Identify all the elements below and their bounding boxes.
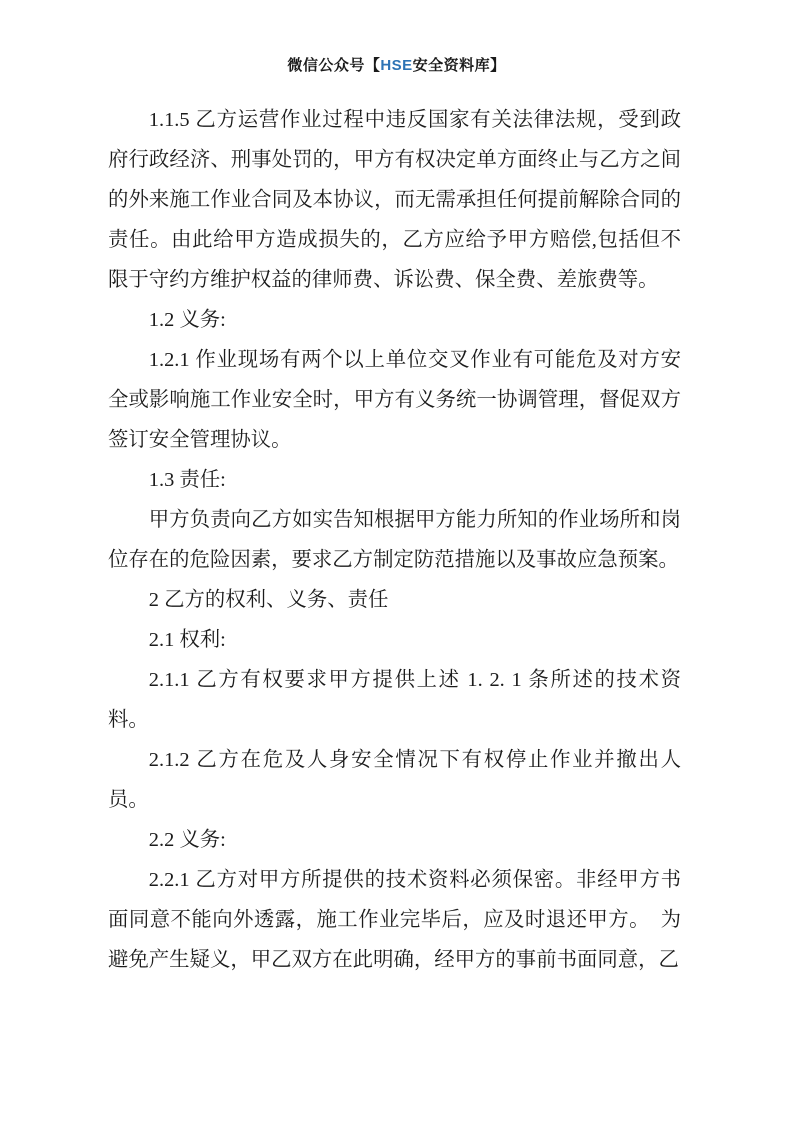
header-suffix: 安全资料库】 [413, 57, 506, 74]
paragraph-clause-2-2-1: 2.2.1 乙方对甲方所提供的技术资料必须保密。非经甲方书面同意不能向外透露，施… [108, 860, 681, 980]
document-body: 1.1.5 乙方运营作业过程中违反国家有关法律法规，受到政府行政经济、刑事处罚的… [108, 100, 681, 980]
paragraph-clause-responsibility-body: 甲方负责向乙方如实告知根据甲方能力所知的作业场所和岗位存在的危险因素，要求乙方制… [108, 500, 681, 580]
header-prefix: 微信公众号【 [287, 57, 380, 74]
paragraph-heading-2-2-obligations: 2.2 义务: [108, 820, 681, 860]
page-header: 微信公众号【HSE安全资料库】 [0, 54, 793, 75]
paragraph-clause-1-1-5: 1.1.5 乙方运营作业过程中违反国家有关法律法规，受到政府行政经济、刑事处罚的… [108, 100, 681, 300]
paragraph-clause-1-2-1: 1.2.1 作业现场有两个以上单位交叉作业有可能危及对方安全或影响施工作业安全时… [108, 340, 681, 460]
paragraph-heading-1-2-obligations: 1.2 义务: [108, 300, 681, 340]
document-page: 微信公众号【HSE安全资料库】 1.1.5 乙方运营作业过程中违反国家有关法律法… [0, 0, 793, 1122]
header-brand: HSE [380, 57, 412, 74]
paragraph-heading-2-1-rights: 2.1 权利: [108, 620, 681, 660]
paragraph-heading-1-3-responsibility: 1.3 责任: [108, 460, 681, 500]
paragraph-heading-2-party-b: 2 乙方的权利、义务、责任 [108, 580, 681, 620]
paragraph-clause-2-1-2: 2.1.2 乙方在危及人身安全情况下有权停止作业并撤出人员。 [108, 740, 681, 820]
paragraph-clause-2-1-1: 2.1.1 乙方有权要求甲方提供上述 1. 2. 1 条所述的技术资料。 [108, 660, 681, 740]
